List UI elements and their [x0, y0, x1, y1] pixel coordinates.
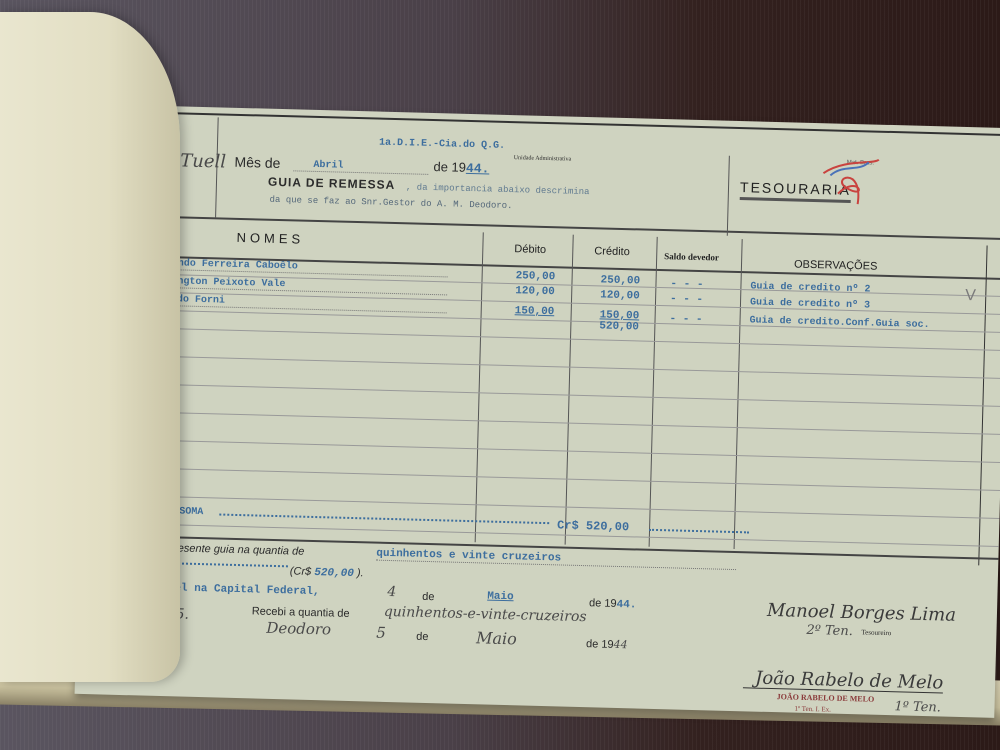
ano-value: 44.: [466, 161, 490, 177]
row-2-saldo: - - -: [670, 293, 703, 306]
row-2-credito: 120,00: [600, 289, 640, 302]
check-mark: V: [965, 287, 976, 305]
soma-value: Cr$ 520,00: [557, 518, 629, 534]
col-nomes: NOMES: [236, 230, 304, 247]
recebi-label: Recebi a quantia de: [252, 605, 350, 620]
ano-label-footer: de 1944.: [589, 597, 637, 611]
divider: [565, 235, 574, 545]
col-observacoes: OBSERVAÇÕES: [794, 258, 878, 272]
row-line: [80, 466, 1000, 491]
soma-dots: [219, 514, 549, 525]
mes-field: Abril: [293, 153, 428, 175]
row-3-obs: Guia de credito.Conf.Guia soc.: [749, 315, 929, 331]
de-label: de: [422, 591, 435, 603]
de2-label: de: [416, 631, 429, 643]
row-1-obs: Guia de credito nº 2: [750, 281, 870, 295]
local-value: Deodoro: [266, 619, 331, 639]
tesoureiro-label: Tesoureiro: [861, 628, 891, 637]
tesoureiro-signature: Manoel Borges Lima: [767, 600, 957, 626]
curled-page: [0, 12, 180, 682]
ano2-label: de 1944: [586, 637, 628, 651]
ano2-value: 44: [613, 638, 627, 651]
soma-label: SOMA: [179, 506, 203, 518]
row-1-credito: 250,00: [600, 274, 640, 287]
row-1-debito: 250,00: [515, 270, 555, 283]
row-2-obs: Guia de credito nº 3: [750, 297, 870, 311]
red-blue-scribble-mark: [817, 153, 889, 215]
row-line: [84, 326, 1000, 351]
row-line: [82, 410, 1000, 435]
row-line: [80, 494, 1000, 519]
crs-value: 520,00: [314, 567, 354, 580]
dia2-value: 5: [376, 624, 386, 642]
col-debito: Débito: [514, 243, 546, 256]
col-saldo: Saldo devedor: [664, 251, 719, 262]
receiver-sub: 1º Ten.: [894, 699, 941, 715]
col-credito: Crédito: [594, 245, 630, 258]
ano-value-footer: 44.: [616, 599, 636, 612]
recebi-value: quinhentos-e-vinte-cruzeiros: [384, 604, 587, 625]
row-3-saldo: - - -: [669, 313, 702, 326]
divider: [475, 232, 484, 542]
row-2-debito: 120,00: [515, 285, 555, 298]
row-line: [81, 438, 1000, 463]
divider: [734, 239, 743, 549]
ano-label: de 1944.: [433, 159, 489, 176]
crs-line: (Cr$ 520,00 ).: [290, 565, 364, 580]
credito-total: 520,00: [599, 320, 639, 333]
mes-maio: Maio: [487, 591, 514, 604]
mes2-value: Maio: [476, 628, 517, 648]
document-page: CONFERIDO Adolf. J. de Tuell Fiscal Adm.…: [75, 104, 1000, 718]
receiver-rank: 1º Ten. I. Ex.: [794, 705, 831, 714]
row-3-debito: 150,00: [515, 305, 555, 318]
tesoureiro-rank: 2º Ten.: [806, 623, 853, 639]
row-line: [83, 382, 1000, 407]
row-1-saldo: - - -: [670, 278, 703, 291]
mes-label: Mês de: [234, 154, 280, 171]
dia-value: 4: [387, 584, 396, 600]
receiver-name: JOÃO RABELO DE MELO: [777, 692, 875, 704]
row-line: [83, 354, 1000, 379]
divider: [649, 237, 658, 547]
